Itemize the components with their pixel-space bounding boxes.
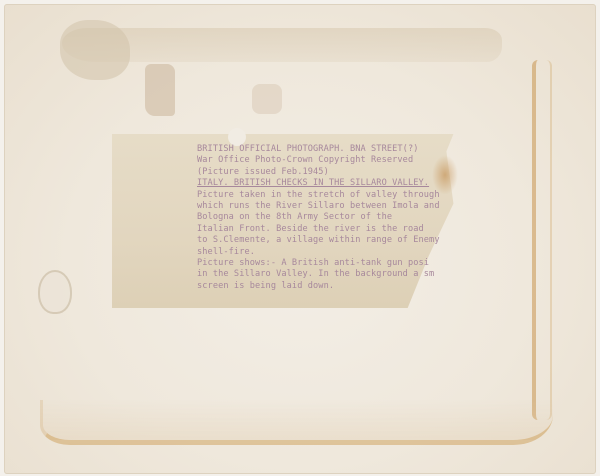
caption-line-7: Bologna on the 8th Army Sector of the bbox=[197, 212, 467, 223]
water-stain-bottom bbox=[40, 400, 553, 445]
caption-line-8: Italian Front. Beside the river is the r… bbox=[197, 224, 467, 235]
water-stain-drop-left bbox=[38, 270, 72, 314]
caption-line-5: Picture taken in the stretch of valley t… bbox=[197, 190, 467, 201]
adhesive-residue-patch bbox=[145, 64, 175, 116]
typewritten-caption: BRITISH OFFICIAL PHOTOGRAPH. BNA STREET(… bbox=[197, 144, 467, 292]
caption-line-3: (Picture issued Feb.1945) bbox=[197, 167, 467, 178]
water-stain-right bbox=[532, 60, 552, 420]
caption-picture-shows: Picture shows:- A British anti-tank gun … bbox=[197, 258, 467, 269]
caption-line-13: screen is being laid down. bbox=[197, 281, 467, 292]
water-stain-top-left bbox=[60, 20, 130, 80]
caption-headline: ITALY. BRITISH CHECKS IN THE SILLARO VAL… bbox=[197, 178, 467, 189]
caption-line-9: to S.Clemente, a village within range of… bbox=[197, 235, 467, 246]
caption-line-6: which runs the River Sillaro between Imo… bbox=[197, 201, 467, 212]
adhesive-residue-patch-2 bbox=[252, 84, 282, 114]
caption-line-12: in the Sillaro Valley. In the background… bbox=[197, 269, 467, 280]
caption-line-2: War Office Photo-Crown Copyright Reserve… bbox=[197, 155, 467, 166]
caption-line-10: shell-fire. bbox=[197, 247, 467, 258]
caption-line-1: BRITISH OFFICIAL PHOTOGRAPH. BNA STREET(… bbox=[197, 144, 467, 155]
